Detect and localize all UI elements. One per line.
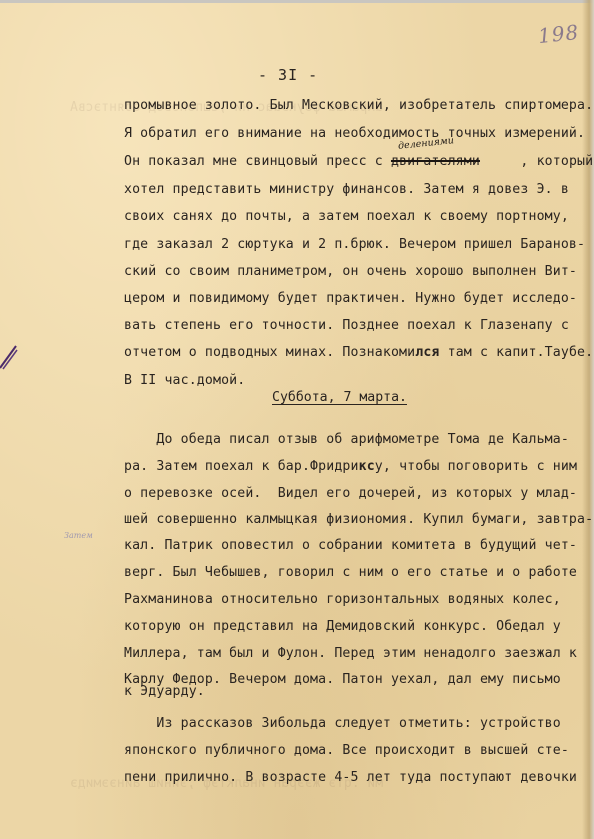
text-line: промывное золото. Был Месковский, изобре… [124, 98, 593, 114]
text-line: своих санях до почты, а затем поехал к с… [124, 209, 569, 225]
overtyped-text: лся [415, 345, 439, 360]
text-line: В II час.домой. [124, 373, 245, 389]
text-line: До обеда писал отзыв об арифмометре Тома… [124, 432, 569, 448]
text-line: где заказал 2 сюртука и 2 п.брюк. Вечеро… [124, 237, 585, 253]
text-line: Я обратил его внимание на необходимость … [124, 126, 585, 142]
text-line: Рахманинова относительно горизонтальных … [124, 592, 561, 608]
text-line-with-overtype: отчетом о подводных минах. Познакомился … [124, 345, 593, 361]
text-line: шей совершенно калмыцкая физиономия. Куп… [124, 512, 593, 528]
date-heading: Суббота, 7 марта. [272, 390, 407, 405]
text-line: Миллера, там был и Фулон. Перед этим нен… [124, 646, 577, 662]
text-line-with-overtype: ра. Затем поехал к бар.Фридриксу, чтобы … [124, 459, 577, 475]
text-segment: там с капит.Таубе. [440, 345, 594, 360]
overtyped-text: кс [359, 459, 375, 474]
page-top-edge [0, 0, 594, 3]
text-line: пени прилично. В возрасте 4-5 лет туда п… [124, 770, 577, 786]
text-line: цером и повидимому будет практичен. Нужн… [124, 291, 577, 307]
text-line: к Эдуарду. [124, 684, 205, 700]
text-line: японского публичного дома. Все происходи… [124, 743, 569, 759]
text-segment: Он показал мне свинцовый пресс с [124, 154, 391, 169]
text-line: хотел представить министру финансов. Зат… [124, 182, 569, 198]
text-segment: отчетом о подводных минах. Познакоми [124, 345, 415, 360]
text-line: верг. Был Чебышев, говорил с ним о его с… [124, 565, 577, 581]
text-segment: ра. Затем поехал к бар.Фридри [124, 459, 359, 474]
margin-pencil-note: Затем [64, 531, 93, 540]
text-line: вать степень его точности. Позднее поеха… [124, 318, 569, 334]
text-segment: , который [480, 154, 593, 169]
text-segment: у, чтобы поговорить с ним [375, 459, 577, 474]
text-line: о перевозке осей. Видел его дочерей, из … [124, 486, 577, 502]
margin-pen-mark-icon [0, 340, 18, 370]
text-line: ский со своим планиметром, он очень хоро… [124, 264, 577, 280]
archive-folio-number: 198 [537, 20, 580, 48]
struck-word: двигателями [391, 154, 480, 169]
text-line: которую он представил на Демидовский кон… [124, 619, 561, 635]
page-number: - 3I - [258, 66, 318, 84]
text-line: кал. Патрик оповестил о собрании комитет… [124, 538, 577, 554]
text-line: Из рассказов Зибольда следует отметить: … [124, 716, 561, 732]
text-line-with-correction: Он показал мне свинцовый пресс с двигате… [124, 154, 593, 170]
